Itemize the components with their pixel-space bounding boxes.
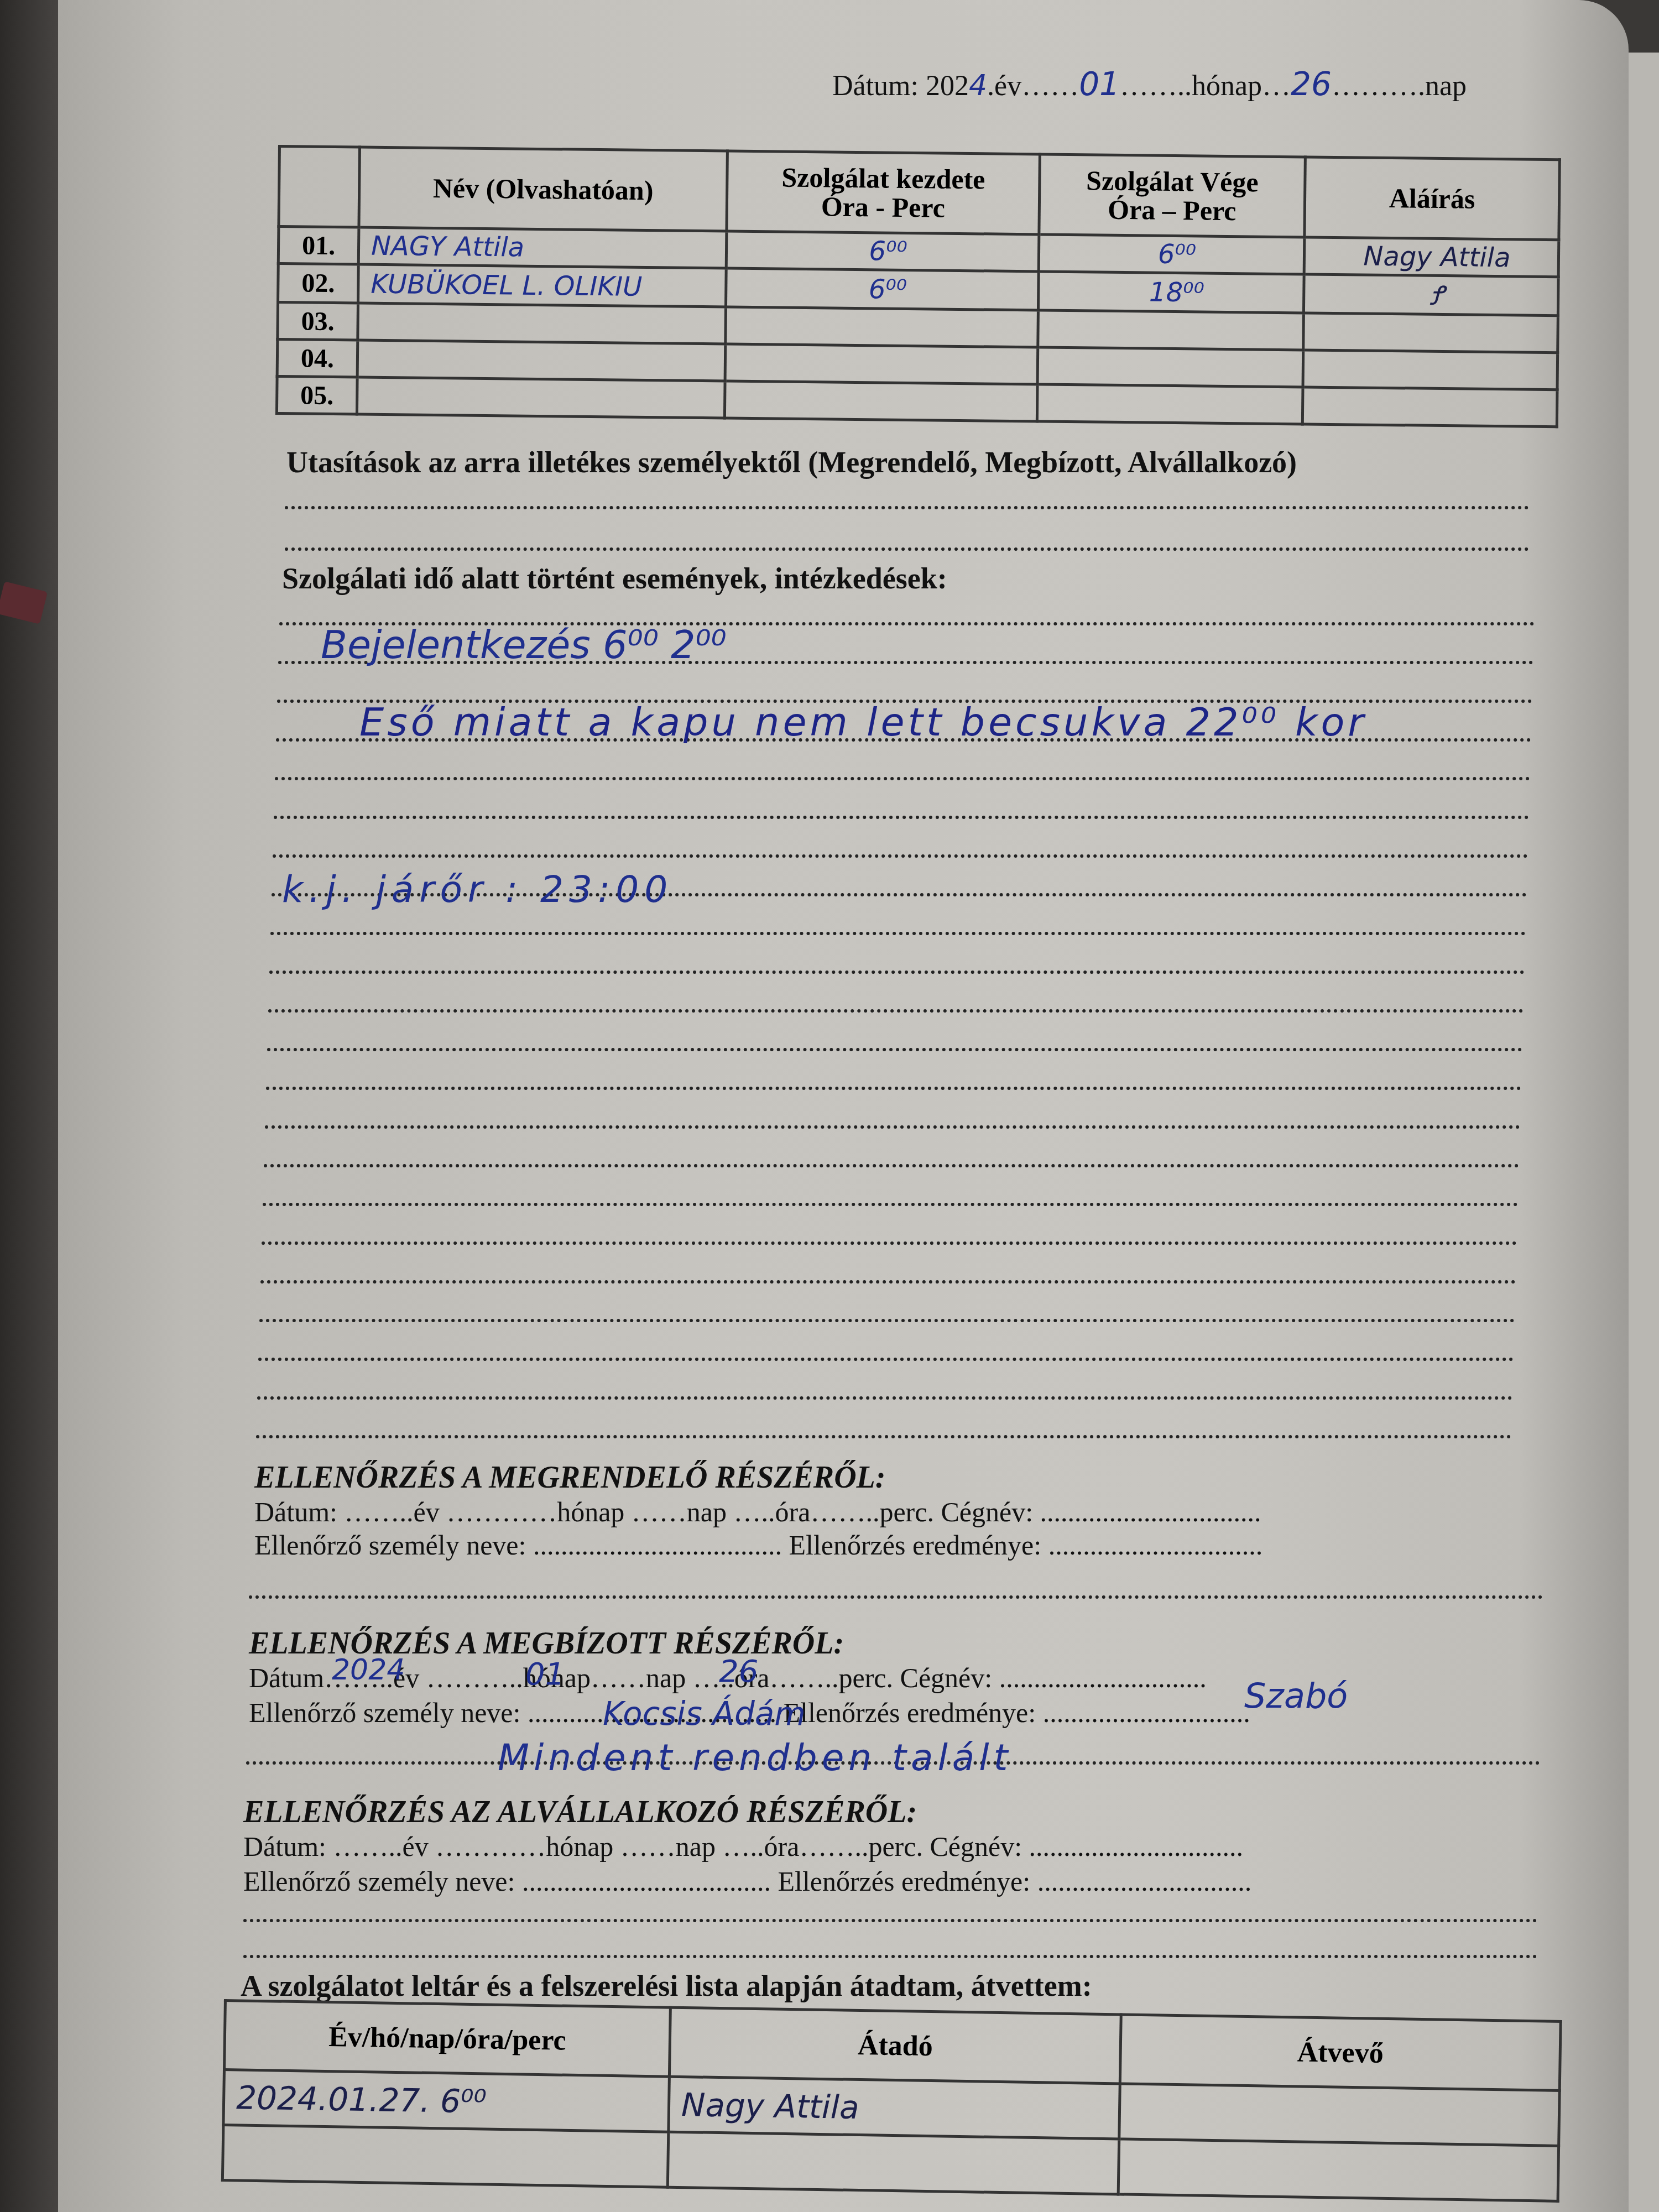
start-time-cell[interactable] (725, 344, 1038, 384)
col-header-end: Szolgálat VégeÓra – Perc (1039, 154, 1305, 237)
subcontractor-check-heading: ELLENŐRZÉS AZ ALVÁLLALKOZÓ RÉSZÉRŐL: (243, 1794, 917, 1830)
event-entry-2: Eső miatt a kapu nem lett becsukva 22⁰⁰ … (359, 700, 1367, 745)
instructions-heading: Utasítások az arra illetékes személyektő… (286, 445, 1297, 479)
client-check-extra-line[interactable] (249, 1595, 1543, 1599)
header-date: Dátum: 2024.év……01……..hónap…26……….nap (832, 65, 1467, 103)
signature-cell[interactable] (1302, 387, 1557, 427)
end-time-cell[interactable] (1037, 347, 1303, 387)
agent-hw-month: 01 (525, 1656, 565, 1692)
client-check-date[interactable]: Dátum: ……..év …………hónap ……nap …..óra……..… (254, 1496, 1261, 1528)
event-writing-line[interactable] (266, 1087, 1521, 1090)
name-cell[interactable] (358, 303, 726, 344)
event-writing-line[interactable] (269, 971, 1525, 974)
start-time-cell[interactable]: 6⁰⁰ (726, 268, 1039, 310)
event-writing-line[interactable] (264, 1164, 1519, 1167)
name-cell[interactable]: KUBÜKOEL L. OLIKIU (358, 264, 727, 307)
receiver-cell[interactable] (1119, 2084, 1559, 2146)
signature-cell[interactable]: Ꝭ (1303, 274, 1558, 316)
name-cell[interactable] (357, 340, 726, 381)
col-header-receiver: Átvevő (1120, 2015, 1561, 2090)
row-number: 03. (278, 302, 358, 341)
event-writing-line[interactable] (274, 816, 1529, 819)
event-writing-line[interactable] (262, 1241, 1517, 1245)
agent-hw-day: 26 (719, 1653, 758, 1689)
event-writing-line[interactable] (273, 854, 1528, 858)
subcontractor-check-extra-line-2[interactable] (243, 1955, 1537, 1958)
client-check-heading: ELLENŐRZÉS A MEGRENDELŐ RÉSZÉRŐL: (254, 1460, 885, 1495)
day-field[interactable]: 26 (1291, 65, 1332, 103)
col-header-datetime: Év/hó/nap/óra/perc (224, 2001, 670, 2077)
event-writing-line[interactable] (265, 1125, 1520, 1129)
signature-cell[interactable] (1303, 350, 1558, 390)
datetime-cell[interactable]: 2024.01.27. 6⁰⁰ (223, 2070, 669, 2132)
col-header-num (279, 147, 360, 228)
name-cell[interactable]: NAGY Attila (358, 227, 727, 268)
row-number: 04. (277, 340, 358, 378)
subcontractor-check-extra-line[interactable] (243, 1919, 1537, 1922)
col-header-signature: Aláírás (1305, 157, 1559, 240)
datetime-cell[interactable] (222, 2125, 668, 2188)
handover-heading: A szolgálatot leltár és a felszerelési l… (241, 1969, 1092, 2003)
agent-hw-result: Mindent rendben talált (498, 1736, 1012, 1779)
events-heading: Szolgálati idő alatt történt események, … (282, 561, 947, 596)
event-writing-line[interactable] (260, 1280, 1516, 1284)
event-writing-line[interactable] (259, 1319, 1515, 1322)
subcontractor-check-date[interactable]: Dátum: ……..év …………hónap ……nap …..óra……..… (243, 1830, 1243, 1863)
event-entry-1: Bejelentkezés 6⁰⁰ 2⁰⁰ (321, 622, 727, 667)
start-time-cell[interactable]: 6⁰⁰ (726, 231, 1039, 272)
background-desk (0, 0, 66, 2212)
event-writing-line[interactable] (256, 1435, 1511, 1438)
receiver-cell[interactable] (1118, 2139, 1558, 2201)
row-number: 01. (278, 227, 359, 265)
row-number: 05. (276, 377, 357, 415)
col-header-start: Szolgálat kezdeteÓra - Perc (727, 151, 1040, 234)
year-field[interactable]: 4 (969, 69, 987, 102)
start-time-cell[interactable] (724, 381, 1037, 421)
agent-hw-person: Kocsis Ádám (603, 1695, 806, 1733)
event-writing-line[interactable] (257, 1396, 1512, 1400)
giver-cell[interactable]: Nagy Attila (669, 2077, 1120, 2139)
month-field[interactable]: 01 (1079, 65, 1120, 103)
event-writing-line[interactable] (270, 932, 1526, 935)
event-writing-line[interactable] (268, 1009, 1524, 1013)
agent-hw-company: Szabó (1244, 1676, 1348, 1716)
end-time-cell[interactable]: 18⁰⁰ (1038, 272, 1304, 313)
event-entry-3: k.j. járőr : 23:00 (282, 868, 673, 911)
end-time-cell[interactable] (1038, 310, 1304, 350)
client-check-person[interactable]: Ellenőrző személy neve: ................… (254, 1529, 1262, 1561)
instructions-line-2[interactable] (285, 547, 1529, 551)
event-writing-line[interactable] (267, 1048, 1522, 1051)
event-writing-line[interactable] (263, 1203, 1518, 1206)
agent-hw-year: 2024 (332, 1653, 405, 1687)
end-time-cell[interactable] (1037, 384, 1303, 424)
subcontractor-check-person[interactable]: Ellenőrző személy neve: ................… (243, 1865, 1251, 1897)
giver-cell[interactable] (667, 2132, 1119, 2194)
event-writing-line[interactable] (275, 777, 1530, 780)
col-header-giver: Átadó (669, 2007, 1121, 2084)
shift-table: Név (Olvashatóan) Szolgálat kezdeteÓra -… (275, 145, 1561, 428)
row-number: 02. (278, 264, 359, 304)
signature-cell[interactable]: Nagy Attila (1304, 237, 1559, 277)
event-writing-line[interactable] (258, 1358, 1514, 1361)
end-time-cell[interactable]: 6⁰⁰ (1039, 234, 1305, 274)
signature-cell[interactable] (1303, 313, 1558, 353)
start-time-cell[interactable] (726, 307, 1039, 347)
instructions-line-1[interactable] (285, 506, 1529, 509)
col-header-name: Név (Olvashatóan) (359, 147, 727, 231)
name-cell[interactable] (357, 377, 725, 418)
handover-table: Év/hó/nap/óra/perc Átadó Átvevő 2024.01.… (221, 1999, 1562, 2203)
